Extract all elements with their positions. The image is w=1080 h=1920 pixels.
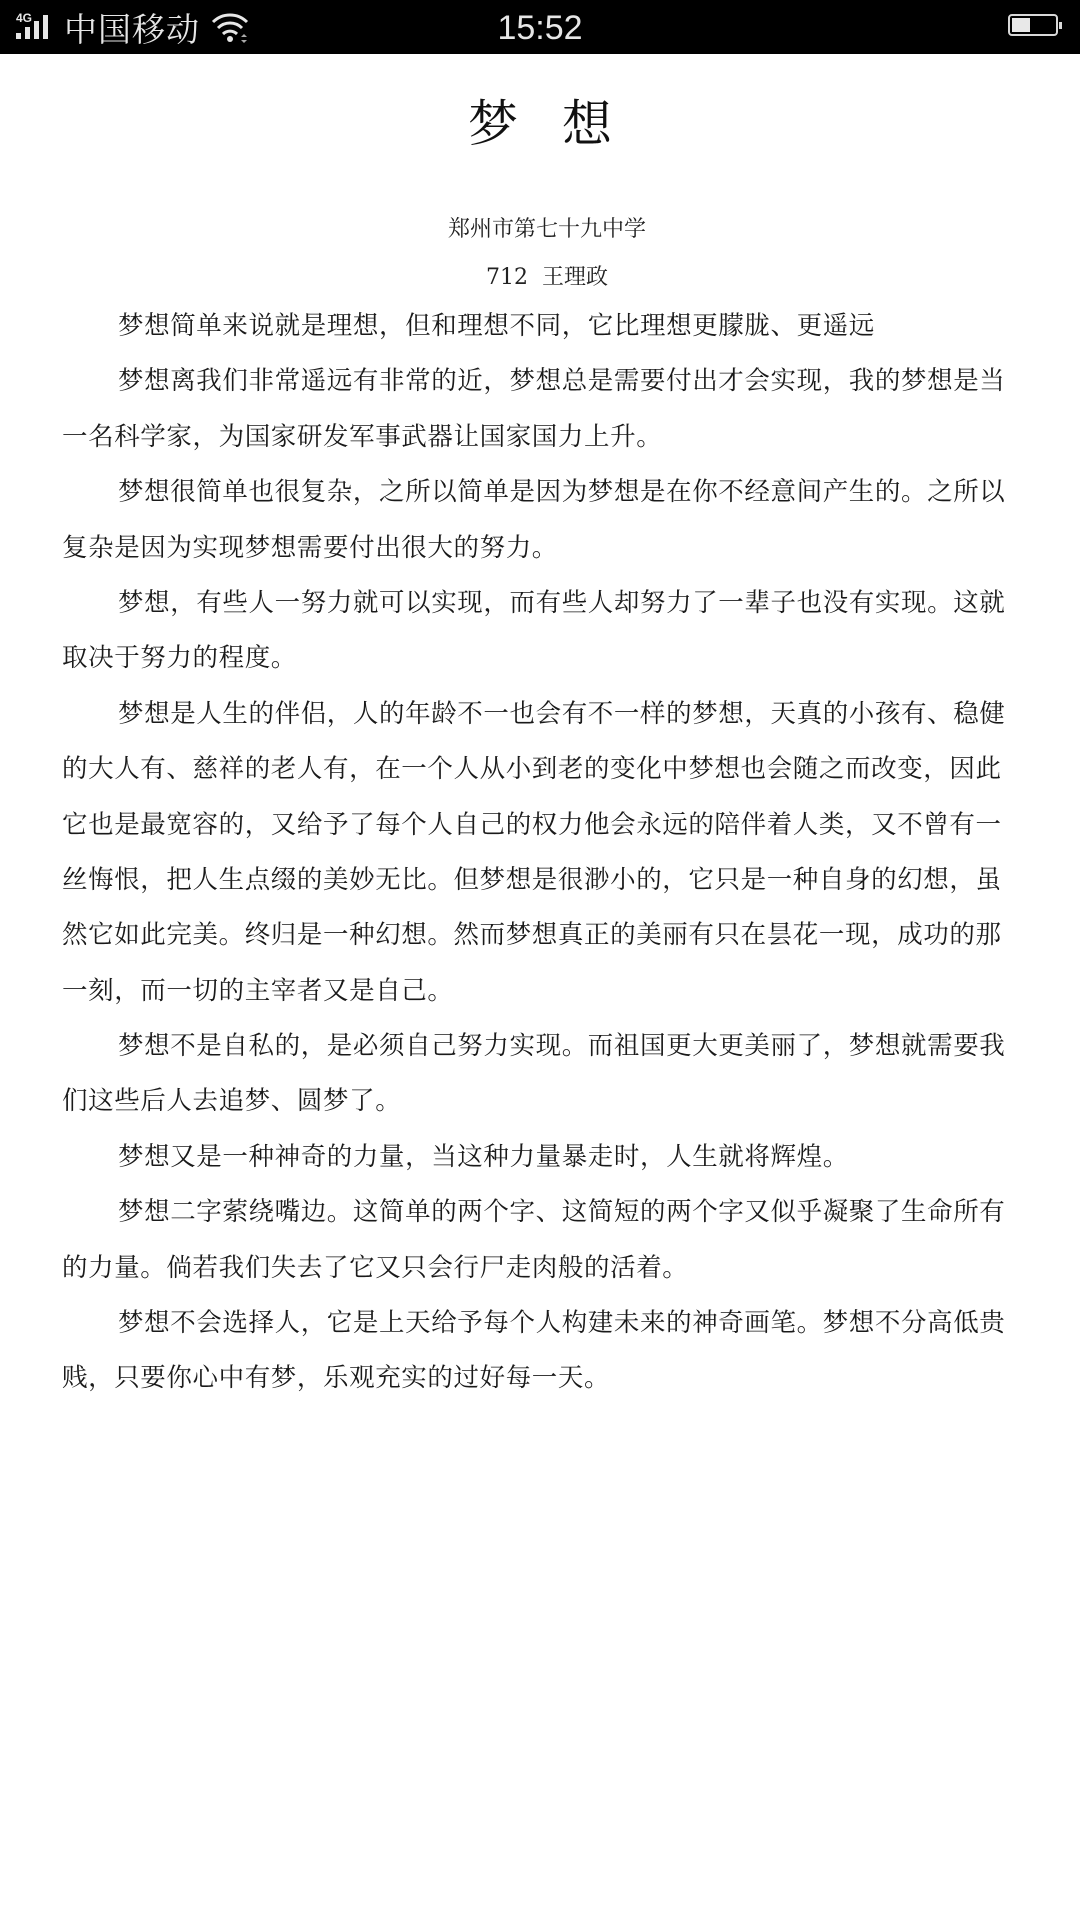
essay-line: 梦想，有些人一努力就可以实现，而有些人却努力了一辈子也没有实现。这就: [62, 576, 1037, 631]
essay-line: 贱，只要你心中有梦，乐观充实的过好每一天。: [62, 1351, 1037, 1406]
essay-line: 然它如此完美。终归是一种幻想。然而梦想真正的美丽有只在昙花一现，成功的那: [62, 908, 1037, 963]
essay-line: 梦想不会选择人，它是上天给予每个人构建未来的神奇画笔。梦想不分高低贵: [62, 1296, 1037, 1351]
essay-line: 梦想离我们非常遥远有非常的近，梦想总是需要付出才会实现，我的梦想是当: [62, 354, 1037, 409]
battery-icon: [1008, 14, 1062, 38]
essay-line: 梦想二字萦绕嘴边。这简单的两个字、这简短的两个字又似乎凝聚了生命所有: [62, 1185, 1037, 1240]
clock: 15:52: [0, 0, 1080, 54]
essay-line: 它也是最宽容的，又给予了每个人自己的权力他会永远的陪伴着人类，又不曾有一: [62, 798, 1037, 853]
essay-line: 梦想简单来说就是理想，但和理想不同，它比理想更朦胧、更遥远: [62, 299, 1037, 354]
author-class: 712: [486, 265, 528, 290]
essay-line: 梦想不是自私的，是必须自己努力实现。而祖国更大更美丽了，梦想就需要我: [62, 1019, 1037, 1074]
essay-line: 梦想是人生的伴侣，人的年龄不一也会有不一样的梦想，天真的小孩有、稳健: [62, 687, 1037, 742]
essay-line: 取决于努力的程度。: [62, 631, 1037, 686]
essay-line: 们这些后人去追梦、圆梦了。: [62, 1074, 1037, 1129]
essay-line: 丝悔恨，把人生点缀的美妙无比。但梦想是很渺小的，它只是一种自身的幻想，虽: [62, 853, 1037, 908]
author-line: 712王理政: [62, 260, 1032, 291]
school-name: 郑州市第七十九中学: [62, 212, 1032, 243]
essay-line: 一名科学家，为国家研发军事武器让国家国力上升。: [62, 410, 1037, 465]
essay-line: 的力量。倘若我们失去了它又只会行尸走肉般的活着。: [62, 1241, 1037, 1296]
essay-line: 一刻，而一切的主宰者又是自己。: [62, 964, 1037, 1019]
document-title: 梦 想: [62, 84, 1032, 156]
status-bar: 4G 中国移动 15:52: [0, 0, 1080, 54]
essay-body: 梦想简单来说就是理想，但和理想不同，它比理想更朦胧、更遥远梦想离我们非常遥远有非…: [62, 299, 1037, 1407]
essay-line: 梦想又是一种神奇的力量，当这种力量暴走时，人生就将辉煌。: [62, 1130, 1037, 1185]
essay-line: 复杂是因为实现梦想需要付出很大的努力。: [62, 521, 1037, 576]
author-name: 王理政: [542, 265, 608, 290]
essay-line: 的大人有、慈祥的老人有，在一个人从小到老的变化中梦想也会随之而改变，因此: [62, 742, 1037, 797]
essay-line: 梦想很简单也很复杂，之所以简单是因为梦想是在你不经意间产生的。之所以: [62, 465, 1037, 520]
